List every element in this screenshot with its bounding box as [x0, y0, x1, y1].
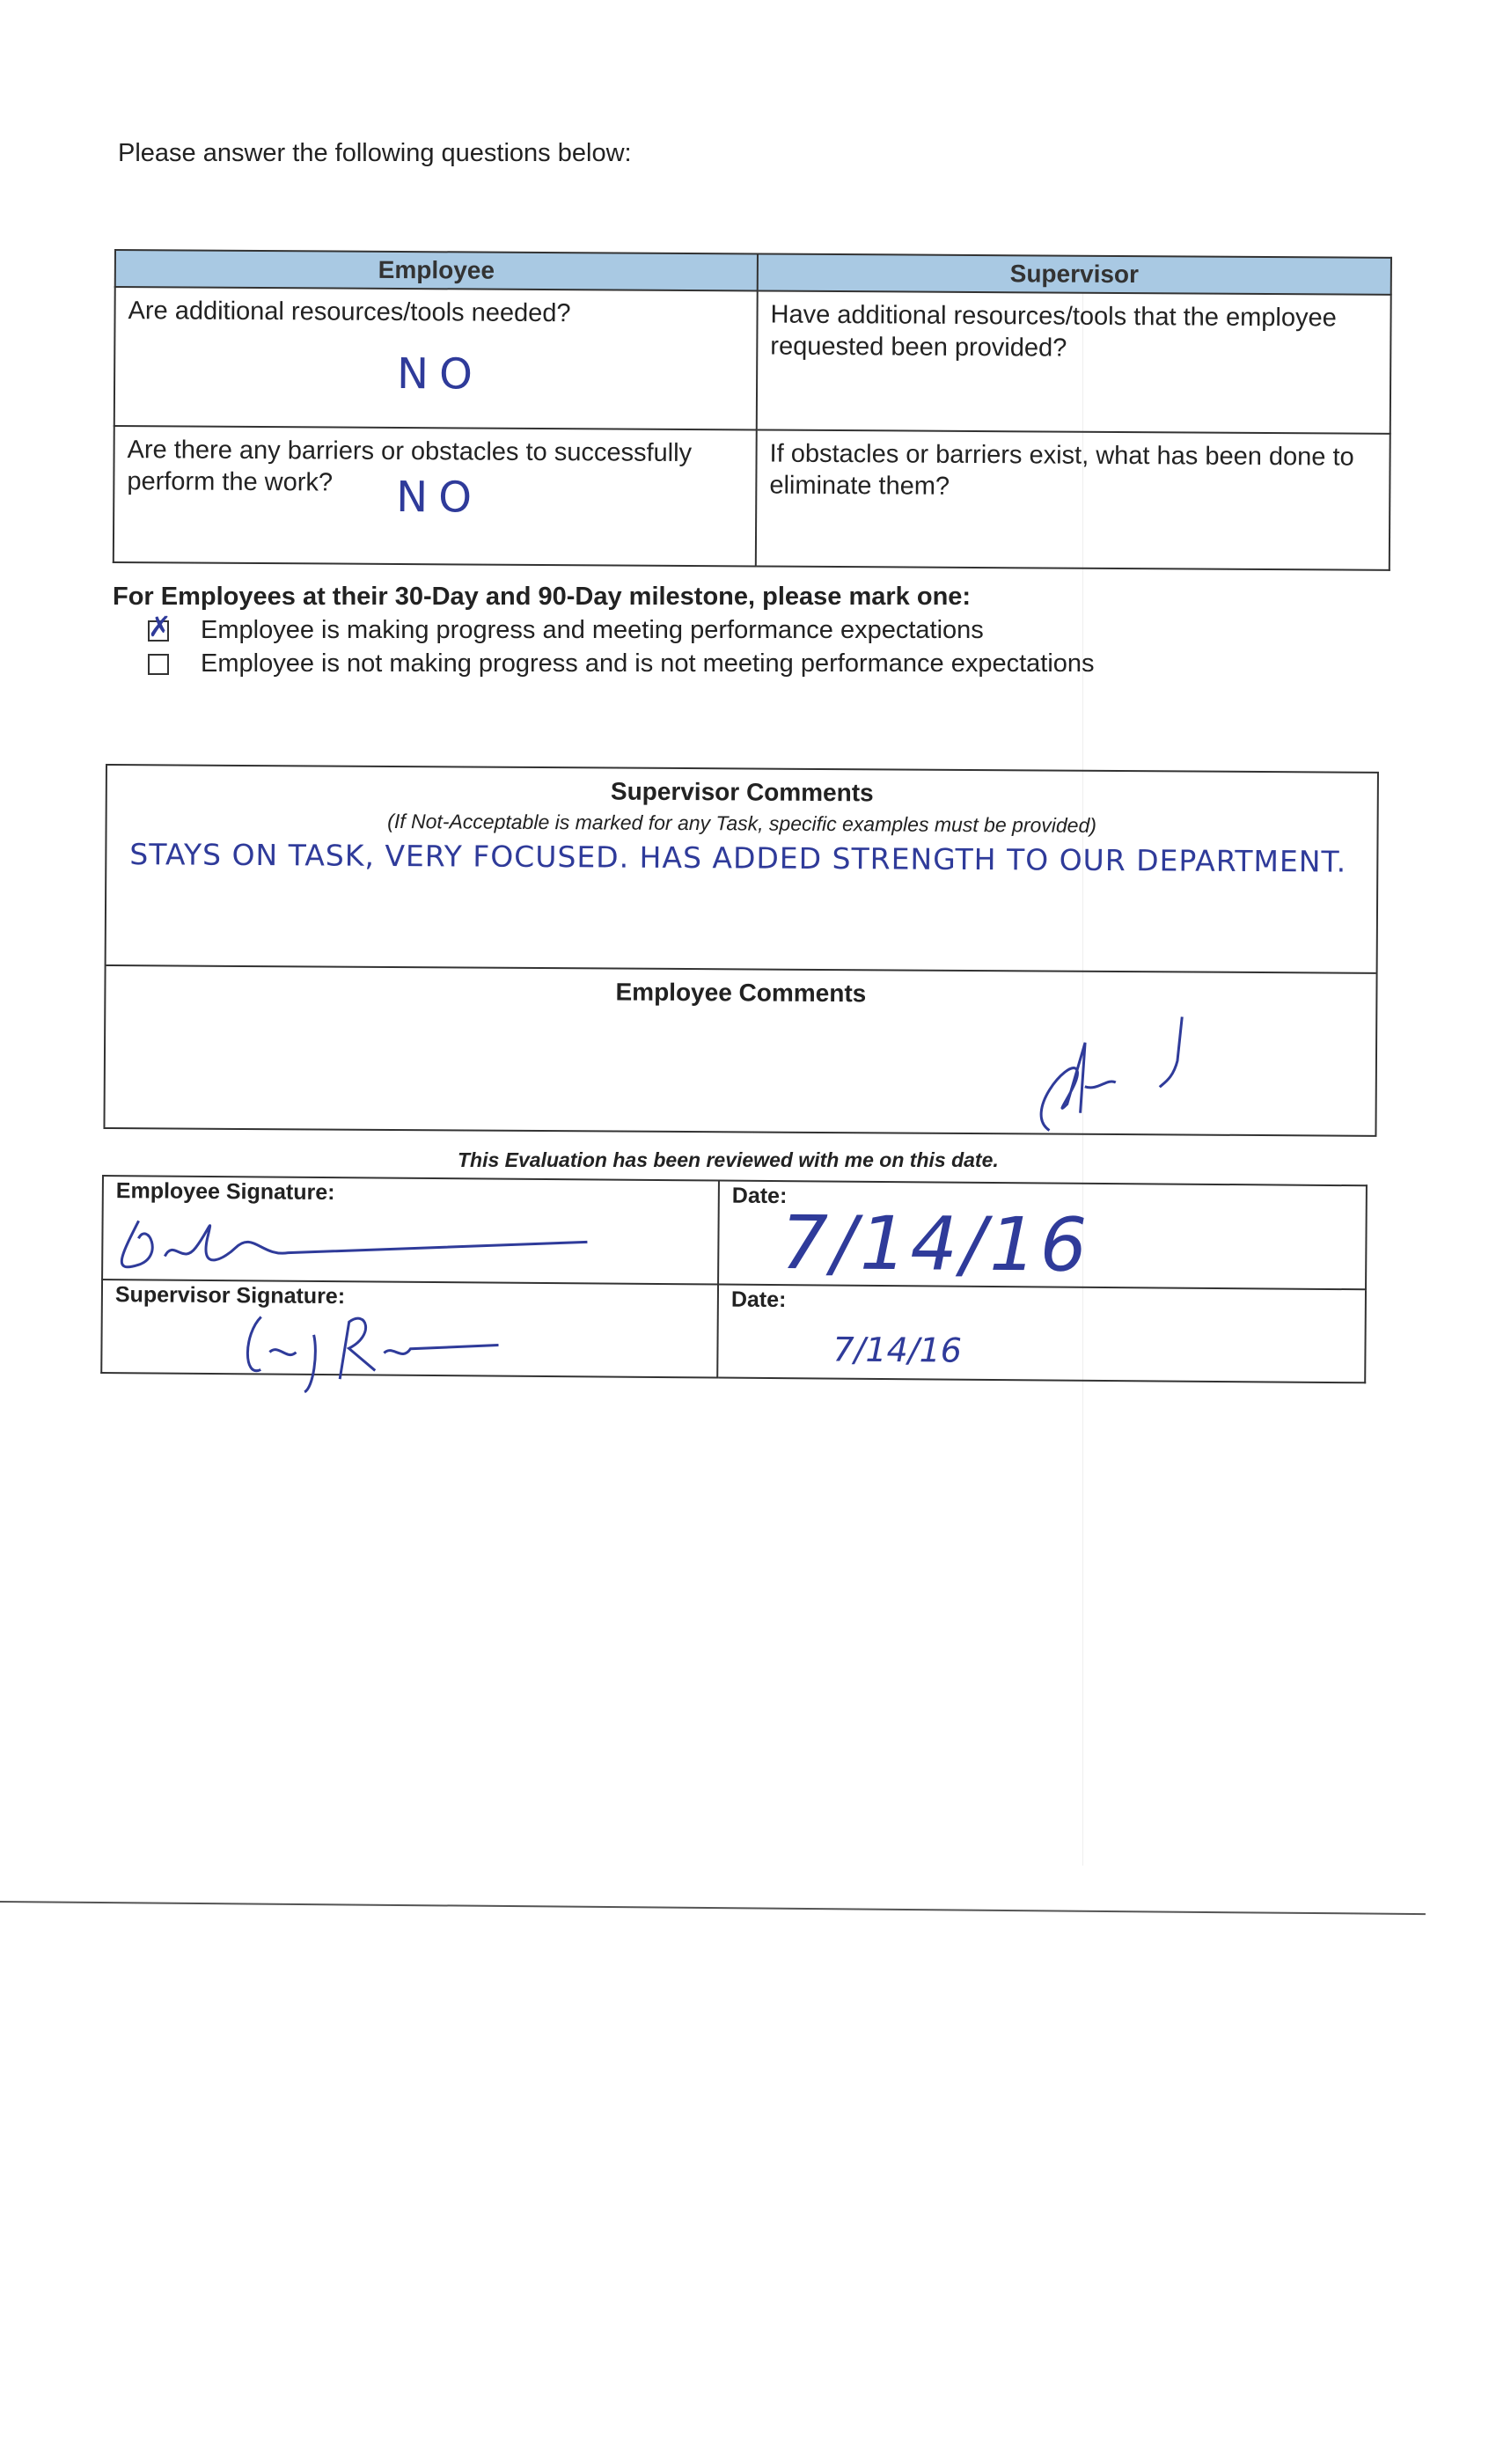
employee-question-cell[interactable]: Are additional resources/tools needed? N… — [114, 287, 758, 429]
supervisor-comments-text: STAYS ON TASK, VERY FOCUSED. HAS ADDED S… — [129, 834, 1353, 882]
supervisor-signature-field[interactable]: Supervisor Signature: — [101, 1280, 718, 1377]
employee-signature-label: Employee Signature: — [116, 1178, 335, 1205]
supervisor-question-cell[interactable]: Have additional resources/tools that the… — [757, 290, 1391, 433]
signature-table: Employee Signature: Date: 7/14/16 Superv… — [100, 1175, 1368, 1383]
employee-date-value: 7/14/16 — [781, 1199, 1091, 1288]
comments-box: Supervisor Comments (If Not-Acceptable i… — [103, 764, 1379, 1137]
milestone-option-label: Employee is not making progress and is n… — [201, 649, 1095, 678]
supervisor-date-value: 7/14/16 — [832, 1331, 962, 1370]
employee-question-resources: Are additional resources/tools needed? — [128, 297, 570, 327]
supervisor-date-field[interactable]: Date: 7/14/16 — [717, 1285, 1366, 1383]
milestone-option-meeting[interactable]: Employee is making progress and meeting … — [148, 616, 984, 645]
milestone-option-not-meeting[interactable]: Employee is not making progress and is n… — [148, 649, 1095, 678]
milestone-heading: For Employees at their 30-Day and 90-Day… — [113, 583, 971, 612]
employee-column-header: Employee — [115, 250, 758, 290]
supervisor-question-obstacles: If obstacles or barriers exist, what has… — [769, 440, 1354, 501]
supervisor-question-cell[interactable]: If obstacles or barriers exist, what has… — [756, 429, 1390, 569]
employee-answer-resources: NO — [397, 358, 483, 391]
employee-date-field[interactable]: Date: 7/14/16 — [718, 1181, 1367, 1290]
supervisor-signature-icon — [234, 1299, 587, 1398]
supervisor-date-label: Date: — [731, 1287, 787, 1312]
checkbox-empty-icon[interactable] — [148, 654, 169, 675]
employee-answer-barriers: NO — [396, 481, 482, 514]
supervisor-question-resources: Have additional resources/tools that the… — [770, 301, 1337, 363]
employee-signature-field[interactable]: Employee Signature: — [102, 1176, 719, 1284]
milestone-option-label: Employee is making progress and meeting … — [201, 616, 984, 645]
employee-comments-section[interactable]: Employee Comments — [105, 966, 1375, 1135]
instructions-text: Please answer the following questions be… — [118, 139, 632, 168]
checkbox-checked-icon[interactable] — [148, 620, 169, 642]
supervisor-column-header: Supervisor — [758, 253, 1391, 294]
employee-date-label: Date: — [732, 1184, 788, 1208]
employee-comments-title: Employee Comments — [106, 966, 1375, 1011]
employee-question-cell[interactable]: Are there any barriers or obstacles to s… — [114, 426, 757, 566]
page-bottom-rule — [0, 1901, 1426, 1915]
supervisor-comments-title: Supervisor Comments — [107, 766, 1377, 810]
reviewed-note: This Evaluation has been reviewed with m… — [458, 1148, 999, 1172]
supervisor-comments-section[interactable]: Supervisor Comments (If Not-Acceptable i… — [106, 766, 1377, 974]
questions-table: Employee Supervisor Are additional resou… — [113, 249, 1392, 571]
employee-initials-signature-icon — [1014, 1007, 1243, 1140]
